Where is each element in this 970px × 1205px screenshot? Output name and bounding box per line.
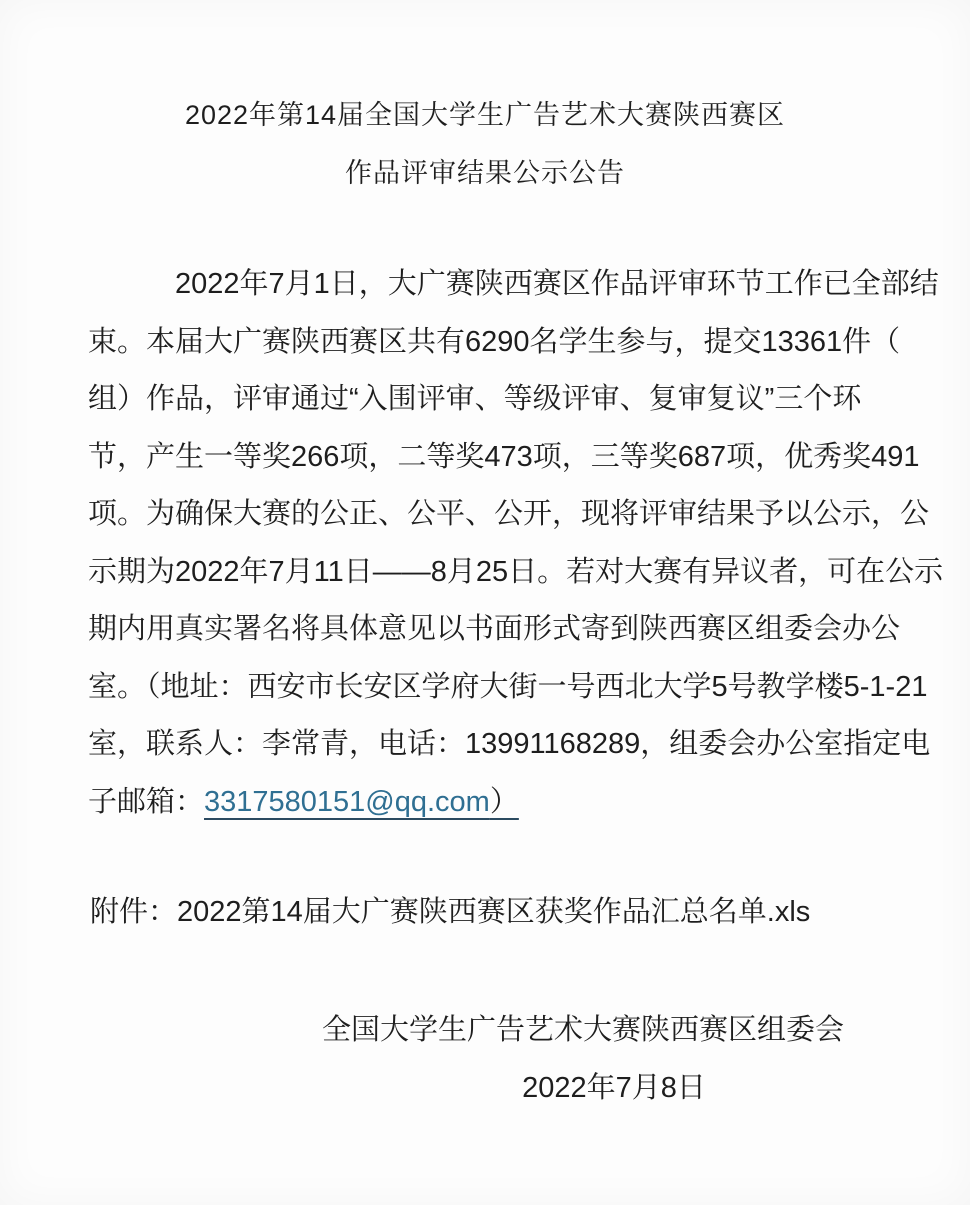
attachment-line: 附件：2022第14届大广赛陕西赛区获奖作品汇总名单.xls xyxy=(0,883,970,941)
body-line: 束。本届大广赛陕西赛区共有6290名学生参与，提交13361件（ xyxy=(88,314,970,372)
body-line: 2022年7月1日，大广赛陕西赛区作品评审环节工作已全部结 xyxy=(88,256,970,314)
body-line: 期内用真实署名将具体意见以书面形式寄到陕西赛区组委会办公 xyxy=(88,601,970,659)
doc-title-line-1: 2022年第14届全国大学生广告艺术大赛陕西赛区 xyxy=(0,86,970,144)
body-line: 组）作品，评审通过“入围评审、等级评审、复审复议”三个环 xyxy=(88,371,970,429)
body-line-email: 子邮箱：3317580151@qq.com） xyxy=(88,774,970,832)
body-paragraph: 2022年7月1日，大广赛陕西赛区作品评审环节工作已全部结 束。本届大广赛陕西赛… xyxy=(0,256,970,831)
date-line: 2022年7月8日 xyxy=(129,1059,970,1117)
email-line-prefix: 子邮箱： xyxy=(88,786,204,818)
signature-line: 全国大学生广告艺术大赛陕西赛区组委会 xyxy=(98,1001,970,1059)
body-line: 项。为确保大赛的公正、公平、公开，现将评审结果予以公示，公 xyxy=(88,486,970,544)
email-underline: 3317580151@qq.com） xyxy=(204,786,519,818)
body-line: 室，联系人：李常青，电话：13991168289，组委会办公室指定电 xyxy=(88,716,970,774)
email-link[interactable]: 3317580151@qq.com xyxy=(204,786,490,818)
body-line: 示期为2022年7月11日——8月25日。若对大赛有异议者，可在公示 xyxy=(88,544,970,602)
title-block: 2022年第14届全国大学生广告艺术大赛陕西赛区 作品评审结果公示公告 xyxy=(0,0,970,202)
body-line: 室。（地址：西安市长安区学府大街一号西北大学5号教学楼5-1-21 xyxy=(88,659,970,717)
email-line-suffix: ） xyxy=(490,786,519,818)
document-page: 2022年第14届全国大学生广告艺术大赛陕西赛区 作品评审结果公示公告 2022… xyxy=(0,0,970,1205)
doc-title-line-2: 作品评审结果公示公告 xyxy=(0,144,970,202)
body-line: 节，产生一等奖266项，二等奖473项，三等奖687项，优秀奖491 xyxy=(88,429,970,487)
